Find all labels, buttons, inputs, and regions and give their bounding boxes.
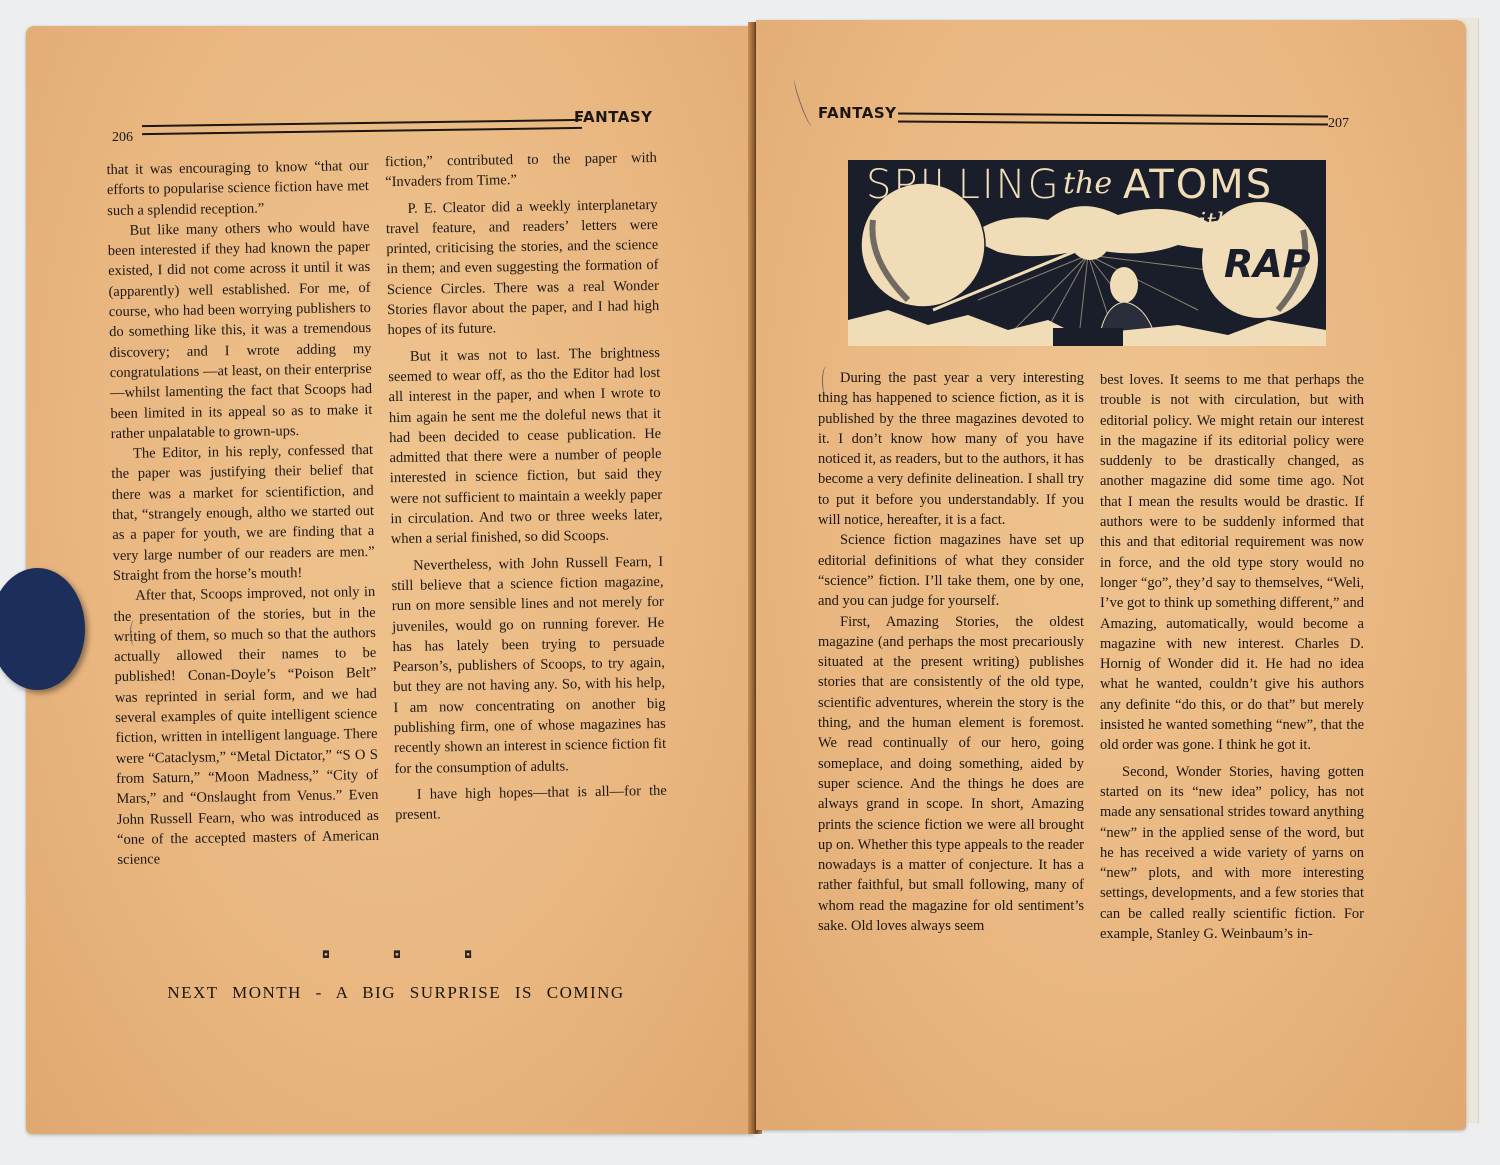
paragraph: But it was not to last. The brightness s… [388,343,663,550]
paragraph: P. E. Cleator did a weekly interplanetar… [385,194,659,340]
right-column-1: During the past year a very interesting … [818,368,1084,936]
paragraph: best loves. It seems to me that perhaps … [1100,370,1364,756]
banner-title-atoms: ATOMS [1123,162,1273,208]
paragraph: First, Amazing Stories, the oldest magaz… [818,612,1084,937]
ornament-icon: ◘ [322,950,330,961]
paragraph: The Editor, in his reply, confessed that… [111,440,375,586]
paragraph: During the past year a very interesting … [818,368,1084,530]
left-column-1: that it was encouraging to know “that ou… [106,156,379,870]
banner-title-with: with [1178,208,1231,236]
pencil-mark [130,620,139,646]
left-magazine-name: FANTASY [574,108,653,126]
paragraph: But like many others who would have been… [107,217,372,444]
ornament-icon: ◘ [464,950,472,961]
banner-title-the: the [1063,166,1112,201]
right-magazine-name: FANTASY [818,104,897,122]
right-page-number: 207 [1328,116,1349,132]
paragraph: Nevertheless, with John Russell Fearn, I… [391,551,666,779]
ornament-icon: ◘ [393,950,401,961]
paragraph: After that, Scoops improved, not only in… [113,582,379,870]
paragraph: I have high hopes—that is all—for the pr… [395,781,668,826]
left-page-number: 206 [112,130,133,146]
left-column-2: fiction,” contributed to the paper with … [385,148,668,826]
banner-title-rap: RAP [1224,242,1311,286]
paragraph: fiction,” contributed to the paper with … [385,148,658,193]
paragraph: that it was encouraging to know “that ou… [106,156,369,221]
pencil-mark [822,366,831,396]
paragraph: Second, Wonder Stories, having gotten st… [1100,762,1364,945]
right-column-2: best loves. It seems to me that perhaps … [1100,370,1364,944]
spilling-the-atoms-banner: SPILLING the ATOMS with RAP [848,160,1326,346]
banner-title-spilling: SPILLING [866,162,1061,208]
section-ornaments: ◘ ◘ ◘ [322,950,472,961]
paragraph: Science fiction magazines have set up ed… [818,530,1084,611]
right-running-head: FANTASY 207 [818,104,1358,134]
header-rule [898,112,1328,125]
next-month-notice: NEXT MONTH - A BIG SURPRISE IS COMING [136,983,656,1003]
